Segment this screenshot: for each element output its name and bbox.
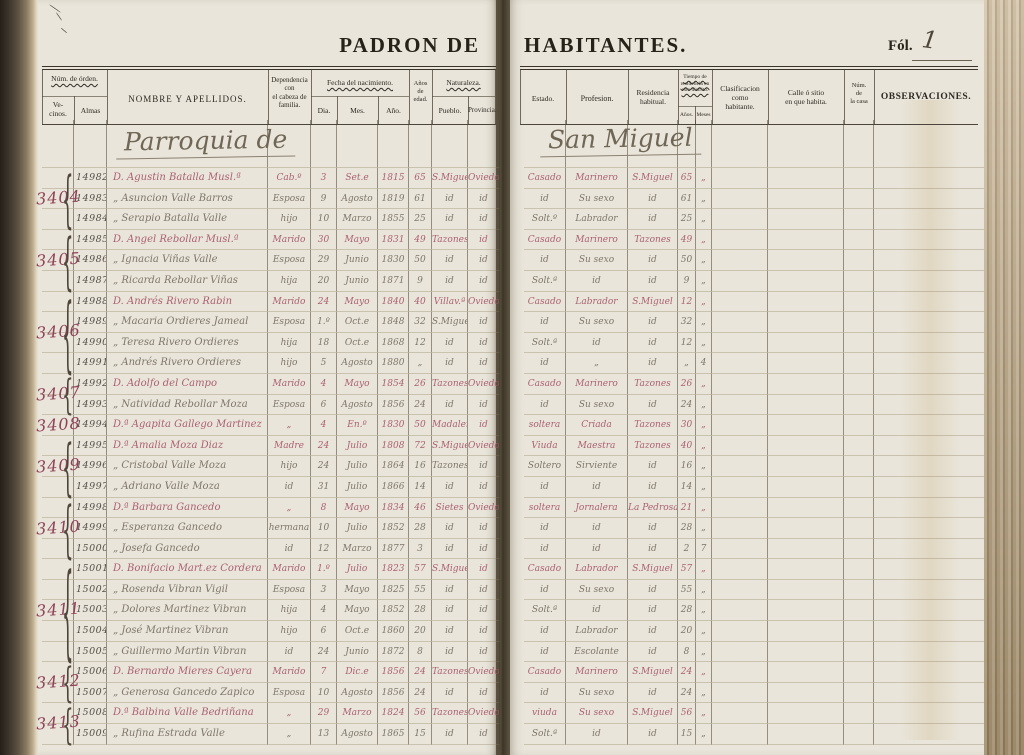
cell-mes: Mayo [337, 600, 378, 621]
cell-pueblo: id [432, 353, 468, 374]
cell-name: „ Esperanza Gancedo [107, 518, 268, 539]
cell-mes: Mayo [337, 580, 378, 601]
cell-name: „ Josefa Gancedo [107, 539, 268, 560]
cell-dependencia: „ [268, 703, 311, 724]
cell-residencia: id [628, 333, 678, 354]
cell-dependencia: Esposa [268, 580, 311, 601]
cell-num-casa [844, 395, 874, 416]
cell-name: „ José Martinez Vibran [107, 621, 268, 642]
cell-estado: id [524, 250, 566, 271]
table-row: idSu sexoid50„ [510, 250, 984, 271]
cell-estado: soltera [524, 415, 566, 436]
cell-ano: 1830 [378, 250, 409, 271]
cell-calle [768, 436, 844, 457]
cell-num-casa [844, 559, 874, 580]
cell-dia: 24 [311, 456, 337, 477]
cell-ano: 1871 [378, 271, 409, 292]
cell-profesion: Maestra [566, 436, 628, 457]
cell-profesion: Labrador [566, 292, 628, 313]
cell-meses-residencia: „ [696, 271, 712, 292]
cell-clasificacion [712, 662, 768, 683]
cell-dependencia: Marido [268, 662, 311, 683]
cell-calle [768, 559, 844, 580]
cell-residencia: Tazones [628, 436, 678, 457]
cell-profesion: Marinero [566, 168, 628, 189]
group-number: 3410 [35, 516, 81, 538]
cell-calle [768, 662, 844, 683]
cell-clasificacion [712, 415, 768, 436]
cell-vecino [42, 230, 74, 251]
table-row: idSu sexoid55„ [510, 580, 984, 601]
cell-ano: 1854 [378, 374, 409, 395]
cell-name: „ Ignacia Viñas Valle [107, 250, 268, 271]
cell-mes: En.º [337, 415, 378, 436]
cell-num-casa [844, 600, 874, 621]
cell-num-casa [844, 168, 874, 189]
cell-num-casa [844, 518, 874, 539]
cell-dia: 10 [311, 209, 337, 230]
cell-pueblo: id [432, 580, 468, 601]
cell-estado: Casado [524, 230, 566, 251]
cell-edad: 46 [409, 498, 432, 519]
table-row: 15008D.ª Balbina Valle Bedriñana„29Marzo… [38, 703, 496, 724]
cell-edad: 24 [409, 395, 432, 416]
cell-ano: 1856 [378, 662, 409, 683]
cell-name: D. Andrés Rivero Rabin [107, 292, 268, 313]
cell-mes: Oct.e [337, 621, 378, 642]
cell-edad: 3 [409, 539, 432, 560]
cell-dependencia: Marido [268, 559, 311, 580]
cell-meses-residencia: 7 [696, 539, 712, 560]
cell-residencia: S.Miguel [628, 292, 678, 313]
cell-calle [768, 703, 844, 724]
cell-estado: Casado [524, 374, 566, 395]
cell-num-casa [844, 209, 874, 230]
cell-edad: 55 [409, 580, 432, 601]
cell-residencia: S.Miguel [628, 168, 678, 189]
header-calle: Calle ó sitio en que habita. [768, 86, 844, 106]
cell-edad: 9 [409, 271, 432, 292]
cell-dia: 9 [311, 189, 337, 210]
header-vecinos: Ve- cinos. [42, 98, 74, 118]
cell-clasificacion [712, 189, 768, 210]
cell-observaciones [874, 683, 984, 704]
cell-mes: Agosto [337, 395, 378, 416]
cell-dia: 29 [311, 703, 337, 724]
cell-anos-residencia: 26 [678, 374, 696, 395]
cell-profesion: Criada [566, 415, 628, 436]
cell-alma-number: 14987 [74, 271, 107, 292]
cell-dependencia: hija [268, 271, 311, 292]
cell-observaciones [874, 600, 984, 621]
cell-pueblo: id [432, 642, 468, 663]
cell-dia: 7 [311, 662, 337, 683]
cell-calle [768, 189, 844, 210]
cell-estado: id [524, 353, 566, 374]
cell-mes: Agosto [337, 724, 378, 745]
cell-alma-number: 14991 [74, 353, 107, 374]
cell-anos-residencia: 50 [678, 250, 696, 271]
cell-name: „ Macaria Ordieres Jameal [107, 312, 268, 333]
cell-clasificacion [712, 580, 768, 601]
cell-pueblo: S.Miguel [432, 436, 468, 457]
cell-edad: 14 [409, 477, 432, 498]
cell-estado: Casado [524, 559, 566, 580]
cell-name: D.ª Barbara Gancedo [107, 498, 268, 519]
book-left-edge [0, 0, 38, 755]
cell-calle [768, 477, 844, 498]
cell-residencia: id [628, 312, 678, 333]
cell-observaciones [874, 333, 984, 354]
cell-name: D.ª Balbina Valle Bedriñana [107, 703, 268, 724]
cell-residencia: Tazones [628, 230, 678, 251]
cell-anos-residencia: 21 [678, 498, 696, 519]
cell-dia: 1.º [311, 312, 337, 333]
cell-name: „ Adriano Valle Moza [107, 477, 268, 498]
cell-calle [768, 456, 844, 477]
cell-ano: 1880 [378, 353, 409, 374]
cell-alma-number: 15001 [74, 559, 107, 580]
cell-edad: 40 [409, 292, 432, 313]
cell-calle [768, 539, 844, 560]
cell-observaciones [874, 621, 984, 642]
cell-estado: viuda [524, 703, 566, 724]
cell-observaciones [874, 580, 984, 601]
cell-residencia: id [628, 250, 678, 271]
header-fecha: Fecha del nacimiento. [311, 76, 409, 87]
cell-estado: Solt.ª [524, 724, 566, 745]
cell-anos-residencia: 20 [678, 621, 696, 642]
header-observaciones: OBSERVACIONES. [874, 90, 978, 103]
cell-edad: 25 [409, 209, 432, 230]
cell-pueblo: S.Miguel [432, 168, 468, 189]
cell-dia: 6 [311, 621, 337, 642]
cell-num-casa [844, 189, 874, 210]
cell-mes: Oct.e [337, 333, 378, 354]
table-row: 14989„ Macaria Ordieres JamealEsposa1.ºO… [38, 312, 496, 333]
cell-dia: 30 [311, 230, 337, 251]
cell-clasificacion [712, 456, 768, 477]
cell-ano: 1877 [378, 539, 409, 560]
cell-mes: Agosto [337, 353, 378, 374]
cell-ano: 1808 [378, 436, 409, 457]
cell-name: D. Agustin Batalla Musl.ª [107, 168, 268, 189]
cell-ano: 1856 [378, 683, 409, 704]
table-row: solteraCriadaTazones30„ [510, 415, 984, 436]
cell-profesion: Su sexo [566, 580, 628, 601]
cell-dia: 3 [311, 580, 337, 601]
cell-name: D. Angel Rebollar Musl.ª [107, 230, 268, 251]
cell-residencia: id [628, 353, 678, 374]
cell-vecino [42, 477, 74, 498]
cell-residencia: id [628, 600, 678, 621]
cell-anos-residencia: 25 [678, 209, 696, 230]
cell-mes: Agosto [337, 189, 378, 210]
cell-mes: Mayo [337, 292, 378, 313]
table-row: 14990„ Teresa Rivero Ordiereshija18Oct.e… [38, 333, 496, 354]
group-number: 3407 [35, 382, 81, 404]
cell-edad: 50 [409, 415, 432, 436]
cell-dependencia: Cab.º [268, 168, 311, 189]
cell-mes: Mayo [337, 374, 378, 395]
table-row: 14995D.ª Amalia Moza DiazMadre24Julio180… [38, 436, 496, 457]
cell-residencia: id [628, 477, 678, 498]
cell-clasificacion [712, 703, 768, 724]
table-row: CasadoMarineroS.Miguel24„ [510, 662, 984, 683]
cell-clasificacion [712, 539, 768, 560]
cell-residencia: id [628, 518, 678, 539]
cell-profesion: id [566, 600, 628, 621]
cell-pueblo: id [432, 539, 468, 560]
cell-meses-residencia: „ [696, 292, 712, 313]
cell-observaciones [874, 209, 984, 230]
cell-pueblo: id [432, 518, 468, 539]
group-number: 3408 [35, 413, 81, 435]
cell-dependencia: hija [268, 333, 311, 354]
cell-meses-residencia: „ [696, 662, 712, 683]
cell-vecino [42, 209, 74, 230]
table-row: 14996„ Cristobal Valle Mozahijo24Julio18… [38, 456, 496, 477]
cell-edad: 28 [409, 600, 432, 621]
cell-calle [768, 642, 844, 663]
folio-label: Fól. [888, 38, 913, 55]
cell-ano: 1855 [378, 209, 409, 230]
cell-num-casa [844, 477, 874, 498]
cell-name: „ Serapio Batalla Valle [107, 209, 268, 230]
header-dia: Dia. [311, 104, 337, 115]
cell-mes: Julio [337, 456, 378, 477]
header-estado: Estado. [520, 92, 566, 103]
cell-observaciones [874, 436, 984, 457]
cell-anos-residencia: 15 [678, 724, 696, 745]
cell-meses-residencia: „ [696, 559, 712, 580]
cell-anos-residencia: 16 [678, 456, 696, 477]
cell-num-casa [844, 436, 874, 457]
cell-profesion: Sirviente [566, 456, 628, 477]
cell-num-casa [844, 312, 874, 333]
cell-name: „ Asuncion Valle Barros [107, 189, 268, 210]
cell-calle [768, 724, 844, 745]
cell-estado: Casado [524, 168, 566, 189]
cell-meses-residencia: „ [696, 374, 712, 395]
cell-dependencia: „ [268, 724, 311, 745]
page-title-left: PADRON DE [339, 33, 480, 58]
cell-vecino [42, 353, 74, 374]
cell-pueblo: S.Miguel [432, 312, 468, 333]
cell-clasificacion [712, 559, 768, 580]
cell-mes: Dic.e [337, 662, 378, 683]
cell-mes: Oct.e [337, 312, 378, 333]
cell-anos-residencia: 56 [678, 703, 696, 724]
cell-edad: 24 [409, 683, 432, 704]
cell-dia: 10 [311, 683, 337, 704]
cell-ano: 1864 [378, 456, 409, 477]
page-title-right: HABITANTES. [524, 33, 687, 58]
header-almas: Almas [74, 104, 107, 115]
cell-dependencia: Madre [268, 436, 311, 457]
left-page: PADRON DE Núm. de órden. Ve- cinos. Alma… [38, 0, 496, 755]
cell-dependencia: Esposa [268, 312, 311, 333]
cell-mes: Mayo [337, 230, 378, 251]
table-row: ViudaMaestraTazones40„ [510, 436, 984, 457]
cell-observaciones [874, 518, 984, 539]
cell-profesion: id [566, 518, 628, 539]
cell-edad: 28 [409, 518, 432, 539]
cell-observaciones [874, 168, 984, 189]
cell-clasificacion [712, 374, 768, 395]
cell-observaciones [874, 374, 984, 395]
cell-alma-number: 14997 [74, 477, 107, 498]
cell-vecino [42, 539, 74, 560]
table-row: 14986„ Ignacia Viñas ValleEsposa29Junio1… [38, 250, 496, 271]
cell-mes: Marzo [337, 703, 378, 724]
cell-pueblo: id [432, 209, 468, 230]
cell-profesion: Labrador [566, 559, 628, 580]
cell-profesion: Su sexo [566, 395, 628, 416]
cell-residencia: S.Miguel [628, 703, 678, 724]
cell-ano: 1823 [378, 559, 409, 580]
cell-num-casa [844, 230, 874, 251]
cell-ano: 1824 [378, 703, 409, 724]
cell-num-casa [844, 662, 874, 683]
cell-edad: 12 [409, 333, 432, 354]
cell-clasificacion [712, 312, 768, 333]
cell-dependencia: hijo [268, 209, 311, 230]
cell-observaciones [874, 642, 984, 663]
header-dependencia: Dependencia con el cabeza de familia. [268, 74, 311, 110]
cell-dependencia: Esposa [268, 189, 311, 210]
cell-alma-number: 14985 [74, 230, 107, 251]
table-row: 14988D. Andrés Rivero RabinMarido24Mayo1… [38, 292, 496, 313]
cell-meses-residencia: „ [696, 456, 712, 477]
cell-observaciones [874, 292, 984, 313]
cell-profesion: Jornalera [566, 498, 628, 519]
left-rows-area: 14982D. Agustin Batalla Musl.ªCab.º3Set.… [38, 120, 496, 745]
section-title-right: San Miguel [540, 123, 701, 155]
cell-ano: 1856 [378, 395, 409, 416]
cell-name: „ Andrés Rivero Ordieres [107, 353, 268, 374]
cell-edad: 72 [409, 436, 432, 457]
cell-vecino [42, 498, 74, 519]
cell-pueblo: id [432, 189, 468, 210]
table-row: 14991„ Andrés Rivero Ordiereshijo5Agosto… [38, 353, 496, 374]
cell-edad: 56 [409, 703, 432, 724]
cell-clasificacion [712, 333, 768, 354]
cell-dependencia: hijo [268, 456, 311, 477]
cell-pueblo: id [432, 600, 468, 621]
table-row: CasadoMarineroTazones49„ [510, 230, 984, 251]
cell-edad: 65 [409, 168, 432, 189]
table-row: Solt.ªidid9„ [510, 271, 984, 292]
table-header-left: Núm. de órden. Ve- cinos. Almas NOMBRE Y… [42, 66, 496, 125]
table-row: 15003„ Dolores Martinez Vibranhija4Mayo1… [38, 600, 496, 621]
cell-num-casa [844, 333, 874, 354]
cell-dependencia: „ [268, 415, 311, 436]
table-row: 14982D. Agustin Batalla Musl.ªCab.º3Set.… [38, 168, 496, 189]
cell-estado: Solt.ª [524, 600, 566, 621]
cell-meses-residencia: „ [696, 250, 712, 271]
cell-dependencia: Esposa [268, 683, 311, 704]
cell-meses-residencia: „ [696, 189, 712, 210]
cell-mes: Junio [337, 271, 378, 292]
cell-name: „ Cristobal Valle Moza [107, 456, 268, 477]
cell-alma-number: 14995 [74, 436, 107, 457]
cell-dia: 24 [311, 642, 337, 663]
cell-dia: 3 [311, 168, 337, 189]
cell-ano: 1866 [378, 477, 409, 498]
cell-estado: Soltero [524, 456, 566, 477]
cell-vecino [42, 436, 74, 457]
cell-residencia: S.Miguel [628, 559, 678, 580]
header-residencia: Residencia habitual. [628, 86, 678, 106]
cell-name: „ Rosenda Vibran Vigil [107, 580, 268, 601]
cell-estado: soltera [524, 498, 566, 519]
cell-meses-residencia: „ [696, 703, 712, 724]
cell-calle [768, 395, 844, 416]
cell-mes: Marzo [337, 539, 378, 560]
cell-vecino [42, 168, 74, 189]
cell-dependencia: Marido [268, 292, 311, 313]
header-tiempo: Tiempo de residencia en este distrito. [678, 72, 712, 94]
cell-name: D. Adolfo del Campo [107, 374, 268, 395]
cell-ano: 1815 [378, 168, 409, 189]
cell-anos-residencia: 32 [678, 312, 696, 333]
cell-residencia: Tazones [628, 415, 678, 436]
header-ano: Año. [378, 104, 409, 115]
table-row: 14985D. Angel Rebollar Musl.ªMarido30May… [38, 230, 496, 251]
cell-dia: 31 [311, 477, 337, 498]
cell-alma-number: 15005 [74, 642, 107, 663]
cell-residencia: id [628, 189, 678, 210]
cell-estado: id [524, 580, 566, 601]
cell-clasificacion [712, 724, 768, 745]
cell-name: D. Bernardo Mieres Cayera [107, 662, 268, 683]
cell-calle [768, 168, 844, 189]
cell-anos-residencia: 30 [678, 415, 696, 436]
table-row: Solt.ªidid28„ [510, 600, 984, 621]
cell-edad: 26 [409, 374, 432, 395]
cell-calle [768, 271, 844, 292]
cell-anos-residencia: 28 [678, 518, 696, 539]
cell-meses-residencia: „ [696, 621, 712, 642]
cell-estado: Solt.º [524, 209, 566, 230]
table-row: 15007„ Generosa Gancedo ZapicoEsposa10Ag… [38, 683, 496, 704]
cell-num-casa [844, 498, 874, 519]
table-row: SolteroSirvienteid16„ [510, 456, 984, 477]
table-row: 15002„ Rosenda Vibran VigilEsposa3Mayo18… [38, 580, 496, 601]
cell-vecino [42, 642, 74, 663]
header-num-orden: Núm. de órden. [42, 72, 107, 83]
table-row: idLabradorid20„ [510, 621, 984, 642]
cell-clasificacion [712, 209, 768, 230]
table-row: 15000„ Josefa Gancedoid12Marzo18773idid [38, 539, 496, 560]
cell-calle [768, 683, 844, 704]
cell-profesion: Su sexo [566, 683, 628, 704]
folio-rule [912, 60, 972, 61]
cell-profesion: Su sexo [566, 250, 628, 271]
cell-num-casa [844, 724, 874, 745]
cell-estado: Casado [524, 292, 566, 313]
cell-clasificacion [712, 498, 768, 519]
cell-estado: id [524, 312, 566, 333]
header-clasificacion: Clasificacion como habitante. [712, 82, 768, 111]
cell-alma-number: 15000 [74, 539, 107, 560]
cell-num-casa [844, 539, 874, 560]
cell-ano: 1830 [378, 415, 409, 436]
cell-profesion: Escolante [566, 642, 628, 663]
cell-observaciones [874, 662, 984, 683]
cell-observaciones [874, 250, 984, 271]
